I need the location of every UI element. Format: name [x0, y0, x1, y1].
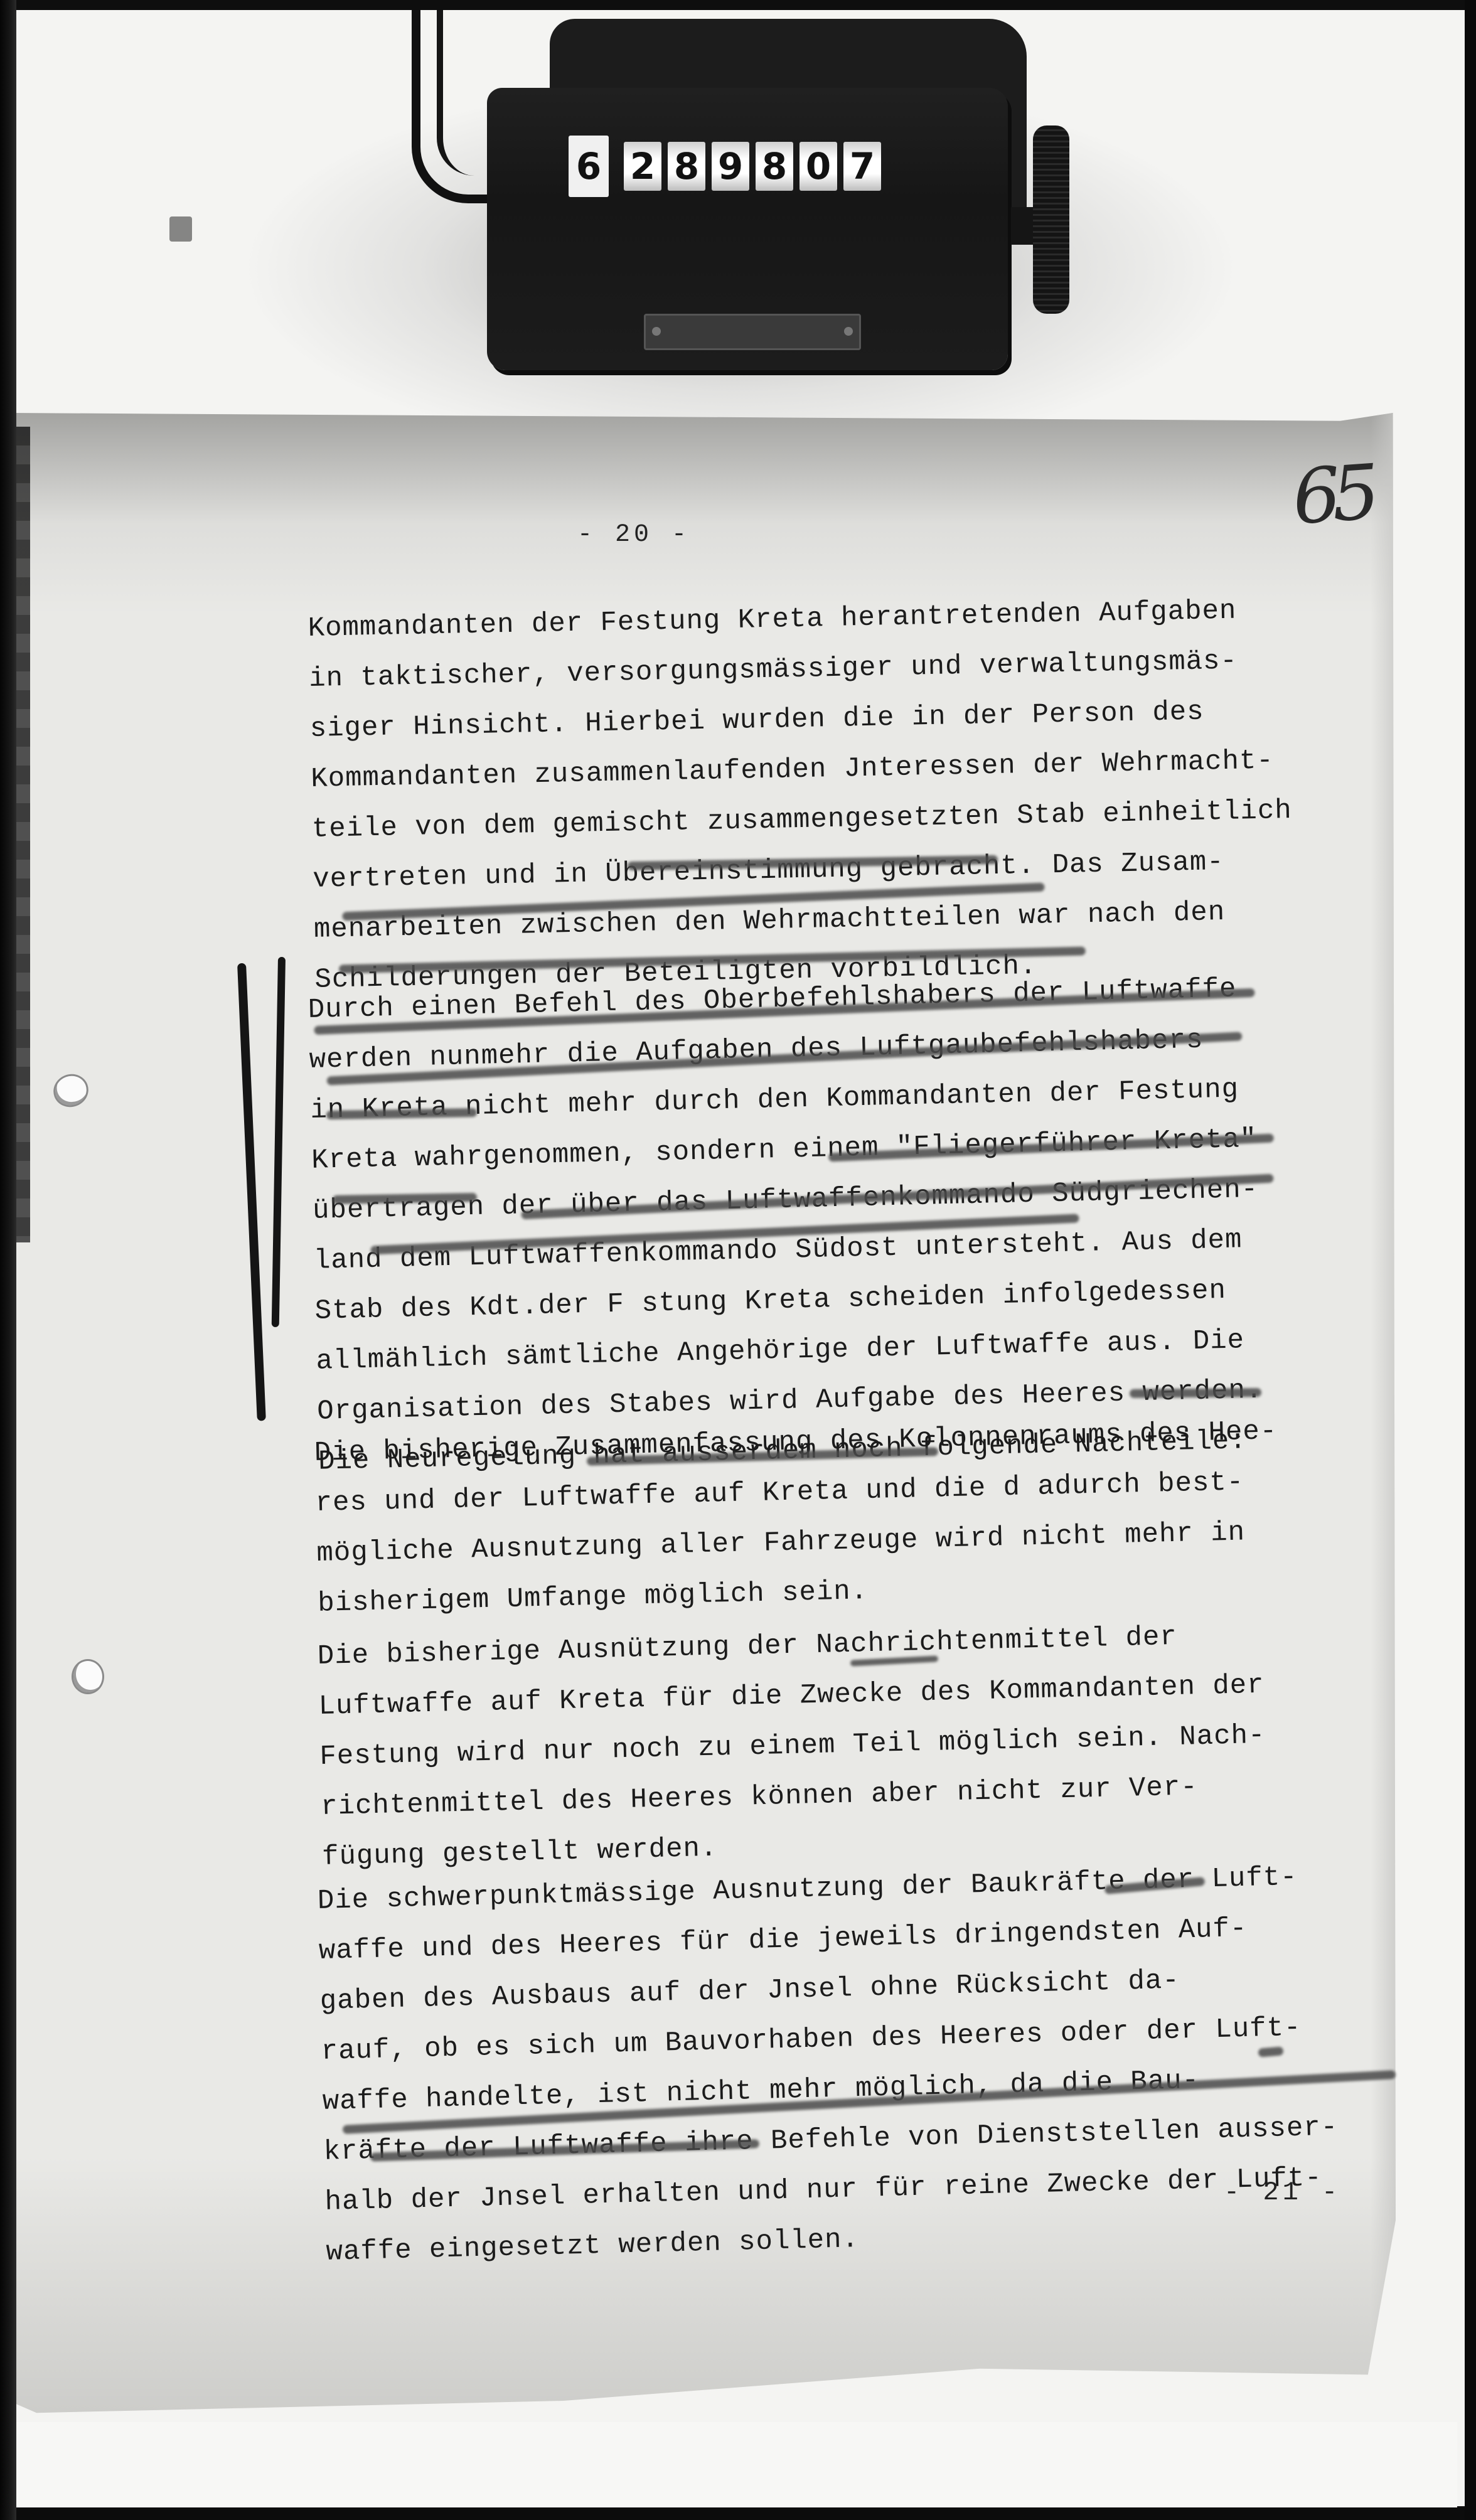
page-number-bottom: - 21 -: [1224, 2177, 1341, 2208]
film-border-right: [1465, 0, 1476, 2520]
film-edge: [16, 427, 30, 1242]
film-border-left: [0, 0, 16, 2520]
counter-digit: 8: [756, 142, 793, 191]
paragraph: Kommandanten der Festung Kreta herantret…: [307, 583, 1394, 1005]
film-border-top: [0, 0, 1476, 10]
stray-mark: [169, 216, 192, 242]
counter-knob-axle: [1011, 207, 1036, 245]
handwritten-folio-number: 65: [1290, 449, 1374, 542]
counter-digit: 8: [668, 142, 705, 191]
paragraph: Die bisherige Zusammenfassung des Kolonn…: [314, 1404, 1398, 1629]
counter-digit: 2: [624, 142, 661, 191]
page-shade: [9, 413, 1396, 614]
paragraph: Die bisherige Ausnützung der Nachrichten…: [317, 1607, 1402, 1882]
counter-digit: 0: [799, 142, 837, 191]
punch-hole: [72, 1659, 104, 1694]
counter-readout: 6 2 8 9 8 0 7: [569, 141, 926, 191]
backing-sheet: [14, 2422, 1457, 2510]
pencil-underline: [1130, 1388, 1261, 1398]
counter-digit: 7: [843, 142, 881, 191]
counter-digit: 6: [569, 136, 609, 197]
counter-digit: 9: [712, 142, 749, 191]
counter-nameplate: [644, 314, 861, 350]
counter-knob: [1033, 125, 1069, 314]
paragraph: Die schwerpunktmässige Ausnutzung der Ba…: [317, 1850, 1406, 2278]
page-number-top: - 20 -: [577, 521, 690, 549]
film-border-bottom: [0, 2507, 1476, 2520]
frame-counter-device: 6 2 8 9 8 0 7: [487, 19, 1115, 370]
